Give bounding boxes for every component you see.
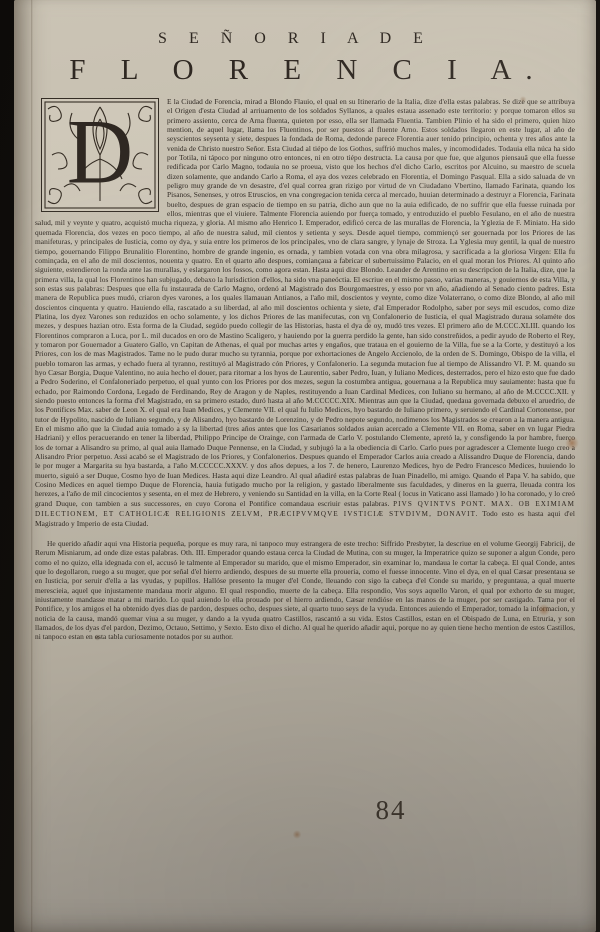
paragraph-history: He querido añadir aqui vna Historia pequ… <box>35 539 575 642</box>
page-header: S E Ñ O R I A D E F L O R E N C I A. <box>14 30 596 87</box>
paragraph-main: D E la Ciudad de Forencia, mirad a Blond… <box>35 97 575 529</box>
book-page: S E Ñ O R I A D E F L O R E N C I A. <box>14 0 596 932</box>
book-photo: S E Ñ O R I A D E F L O R E N C I A. <box>0 0 600 932</box>
text-column: D E la Ciudad de Forencia, mirad a Blond… <box>35 97 575 642</box>
section-title: S E Ñ O R I A D E <box>0 30 596 48</box>
foxing-stain <box>292 830 302 839</box>
drop-cap-letter: D <box>67 105 134 197</box>
page-number: 84 <box>14 795 596 826</box>
page-title: F L O R E N C I A. <box>20 54 596 87</box>
drop-cap-woodcut: D <box>41 98 159 212</box>
page-fold-line <box>31 0 33 932</box>
